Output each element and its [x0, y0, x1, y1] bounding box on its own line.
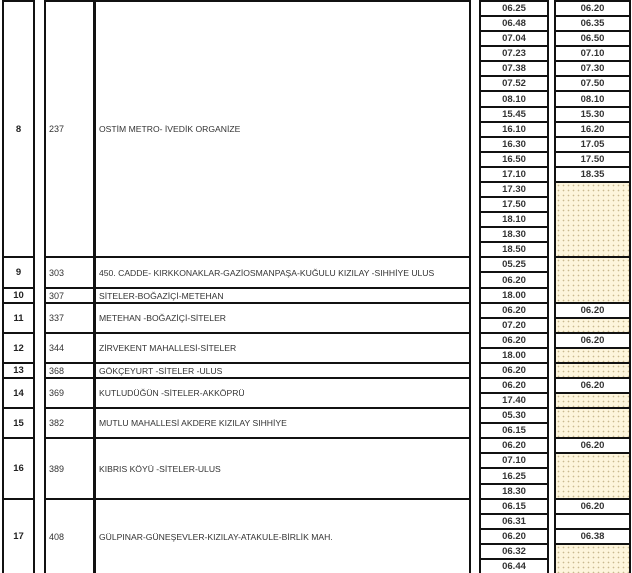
- line-code: 369: [44, 377, 95, 409]
- line-code: 382: [44, 407, 95, 439]
- route-number: 15: [2, 407, 35, 439]
- route-number: 8: [2, 0, 35, 258]
- no-service-cell: [554, 452, 631, 500]
- no-service-cell: [554, 181, 631, 258]
- route-name: GÜLPINAR-GÜNEŞEVLER-KIZILAY-ATAKULE-BİRL…: [94, 498, 471, 573]
- route-name: MUTLU MAHALLESİ AKDERE KIZILAY SIHHİYE: [94, 407, 471, 439]
- line-code: 337: [44, 302, 95, 334]
- route-name: KIBRIS KÖYÜ -SİTELER-ULUS: [94, 437, 471, 500]
- route-name: 450. CADDE- KIRKKONAKLAR-GAZİOSMANPAŞA-K…: [94, 256, 471, 289]
- no-service-cell: [554, 407, 631, 439]
- line-code: 237: [44, 0, 95, 258]
- route-number: 12: [2, 332, 35, 364]
- route-name: OSTİM METRO- İVEDİK ORGANİZE: [94, 0, 471, 258]
- line-code: 389: [44, 437, 95, 500]
- route-number: 17: [2, 498, 35, 573]
- route-name: KUTLUDÜĞÜN -SİTELER-AKKÖPRÜ: [94, 377, 471, 409]
- route-name: METEHAN -BOĞAZİÇİ-SİTELER: [94, 302, 471, 334]
- line-code: 303: [44, 256, 95, 289]
- line-code: 408: [44, 498, 95, 573]
- route-number: 9: [2, 256, 35, 289]
- route-number: 16: [2, 437, 35, 500]
- no-service-cell: [554, 256, 631, 304]
- no-service-cell: [554, 543, 631, 573]
- departure-time-a: 06.44: [479, 558, 549, 573]
- route-number: 14: [2, 377, 35, 409]
- line-code: 344: [44, 332, 95, 364]
- bus-timetable-sheet: 8237OSTİM METRO- İVEDİK ORGANİZE06.2506.…: [0, 0, 632, 573]
- route-name: ZİRVEKENT MAHALLESİ-SİTELER: [94, 332, 471, 364]
- route-number: 11: [2, 302, 35, 334]
